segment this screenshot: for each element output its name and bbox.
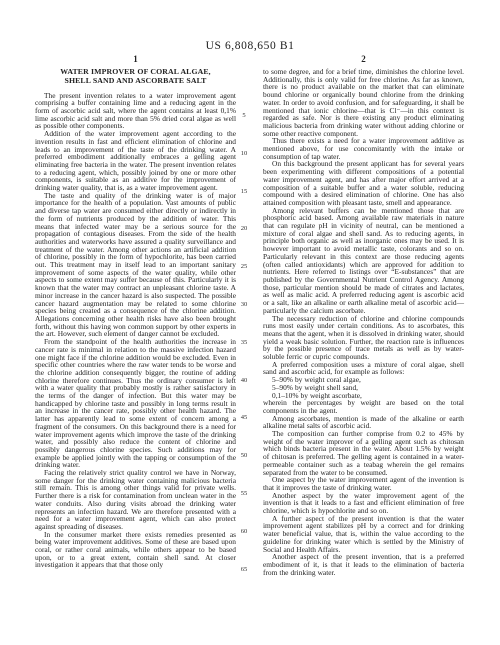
paragraph: On this background the present applicant… bbox=[263, 160, 464, 206]
column-2: 2 to some degree, and for a brief time, … bbox=[263, 55, 464, 576]
paragraph: The taste and quality of the drinking wa… bbox=[35, 192, 236, 338]
line-number: 55 bbox=[236, 490, 252, 528]
paragraph: The necessary reduction of chlorine and … bbox=[263, 315, 464, 361]
line-number: 20 bbox=[236, 225, 252, 263]
line-number: 65 bbox=[236, 566, 252, 604]
paragraph: to some degree, and for a brief time, di… bbox=[263, 68, 464, 137]
paragraph: The composition can further comprise fro… bbox=[263, 430, 464, 476]
line-number: 30 bbox=[236, 301, 252, 339]
patent-number: US 6,808,650 B1 bbox=[0, 40, 500, 52]
line-number: 45 bbox=[236, 414, 252, 452]
paragraph: From the standpoint of the health author… bbox=[35, 338, 236, 469]
paragraph: One aspect by the water improvement agen… bbox=[263, 476, 464, 491]
patent-title-line-2: SHELL SAND AND ASCORBATE SALT bbox=[35, 77, 236, 86]
margin-line-numbers: 5 10 15 20 25 30 35 40 45 50 55 60 65 bbox=[236, 112, 252, 603]
column-1: 1 WATER IMPROVER OF CORAL ALGAE, SHELL S… bbox=[35, 55, 236, 569]
line-number: 35 bbox=[236, 339, 252, 377]
paragraph: A further aspect of the present inventio… bbox=[263, 515, 464, 554]
line-number: 5 bbox=[236, 112, 252, 150]
line-number: 50 bbox=[236, 452, 252, 490]
line-number: 60 bbox=[236, 528, 252, 566]
line-number: 10 bbox=[236, 150, 252, 188]
line-number: 40 bbox=[236, 377, 252, 415]
paragraph: Among ascorbates, mention is made of the… bbox=[263, 415, 464, 430]
paragraph: Addition of the water improvement agent … bbox=[35, 130, 236, 192]
paragraph: The present invention relates to a water… bbox=[35, 92, 236, 131]
line-number: 25 bbox=[236, 263, 252, 301]
paragraph: wherein the percentages by weight are ba… bbox=[263, 399, 464, 414]
paragraph: A preferred composition uses a mixture o… bbox=[263, 361, 464, 376]
line-number: 15 bbox=[236, 188, 252, 226]
paragraph: In the consumer market there exists reme… bbox=[35, 531, 236, 570]
patent-page: US 6,808,650 B1 5 10 15 20 25 30 35 40 4… bbox=[0, 0, 500, 645]
paragraph: Thus there exists a need for a water imp… bbox=[263, 137, 464, 160]
paragraph: Facing the relatively strict quality con… bbox=[35, 469, 236, 531]
paragraph: Among relevant buffers can be mentioned … bbox=[263, 207, 464, 315]
column-1-number: 1 bbox=[35, 55, 236, 64]
paragraph: Another aspect of the present invention,… bbox=[263, 553, 464, 576]
column-2-number: 2 bbox=[263, 55, 464, 64]
paragraph: Another aspect by the water improvement … bbox=[263, 492, 464, 515]
